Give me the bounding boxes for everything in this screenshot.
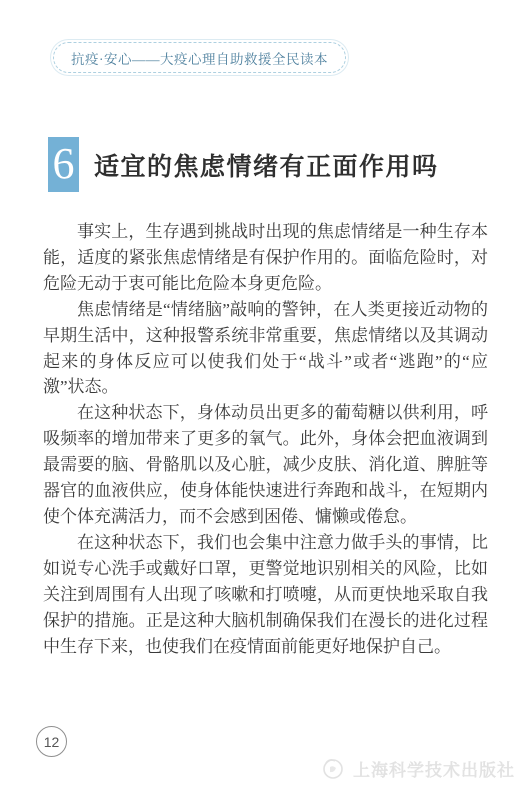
chapter-title: 适宜的焦虑情绪有正面作用吗: [94, 147, 439, 183]
publisher-logo-icon: [320, 755, 346, 781]
paragraph-2: 焦虑情绪是“情绪脑”敲响的警钟，在人类更接近动物的早期生活中，这种报警系统非常重…: [43, 297, 488, 401]
body-text: 事实上，生存遇到挑战时出现的焦虑情绪是一种生存本能，适度的紧张焦虑情绪是有保护作…: [43, 219, 488, 659]
paragraph-4: 在这种状态下，我们也会集中注意力做手头的事情，比如说专心洗手或戴好口罩，更警觉地…: [43, 530, 488, 660]
book-page: 抗疫·安心——大疫心理自助救援全民读本 6 适宜的焦虑情绪有正面作用吗 事实上，…: [0, 0, 529, 793]
page-number: 12: [44, 734, 60, 750]
paragraph-3: 在这种状态下，身体动员出更多的葡萄糖以供利用，呼吸频率的增加带来了更多的氧气。此…: [43, 400, 488, 530]
paragraph-1: 事实上，生存遇到挑战时出现的焦虑情绪是一种生存本能，适度的紧张焦虑情绪是有保护作…: [43, 219, 488, 297]
chapter-heading: 6 适宜的焦虑情绪有正面作用吗: [48, 137, 439, 192]
chapter-number-block: 6: [48, 137, 79, 192]
publisher-watermark: 上海科学技术出版社: [320, 755, 515, 781]
series-title-text: 抗疫·安心——大疫心理自助救援全民读本: [71, 48, 328, 68]
page-number-badge: 12: [36, 726, 67, 757]
publisher-name: 上海科学技术出版社: [353, 756, 515, 781]
series-title-badge: 抗疫·安心——大疫心理自助救援全民读本: [53, 42, 346, 73]
